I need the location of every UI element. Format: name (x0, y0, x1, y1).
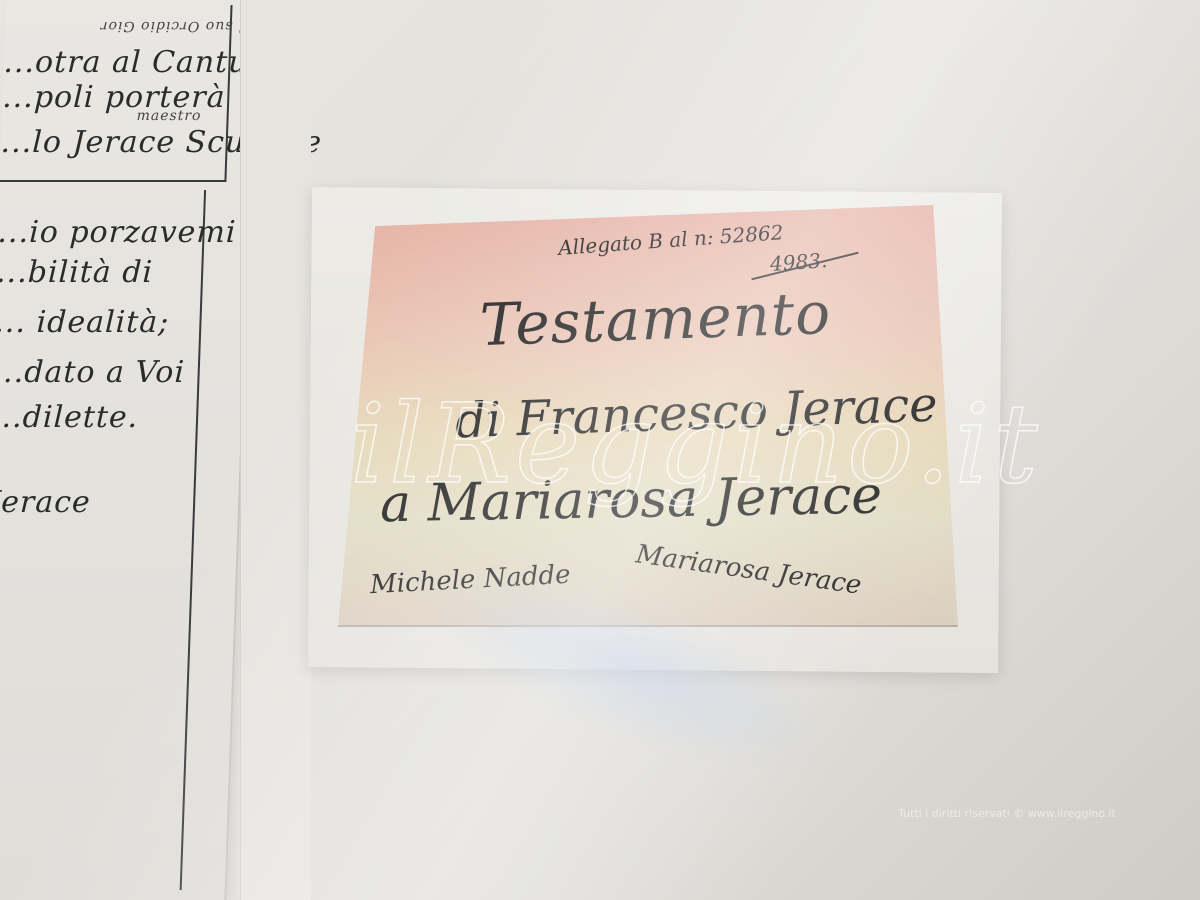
letter-line: ...otra al Cantur (3, 45, 265, 80)
letter-signature: Jerace (0, 485, 91, 520)
left-letter-page: Il suo Orcidio Gior ...otra al Cantur ..… (0, 0, 258, 900)
letter-header-note: Il suo Orcidio Gior (100, 18, 251, 34)
watermark: ilReggino.it (350, 380, 1042, 508)
letter-line: ...dilette. (0, 400, 139, 435)
copyright-notice: Tutti i diritti riservati © www.ilreggin… (898, 807, 1116, 820)
letter-line: ...bilità di (0, 255, 154, 290)
letter-frame-bottom (0, 190, 206, 890)
registry-number: 4983. (769, 248, 828, 276)
testament-title: Testamento (479, 279, 832, 359)
letter-annotation: maestro (136, 108, 201, 124)
letter-line: ...io porzavemi (0, 215, 237, 250)
background-sheet (240, 0, 311, 900)
letter-line: ...dato a Voi (0, 355, 186, 390)
letter-line: ... idealità; (0, 305, 170, 340)
